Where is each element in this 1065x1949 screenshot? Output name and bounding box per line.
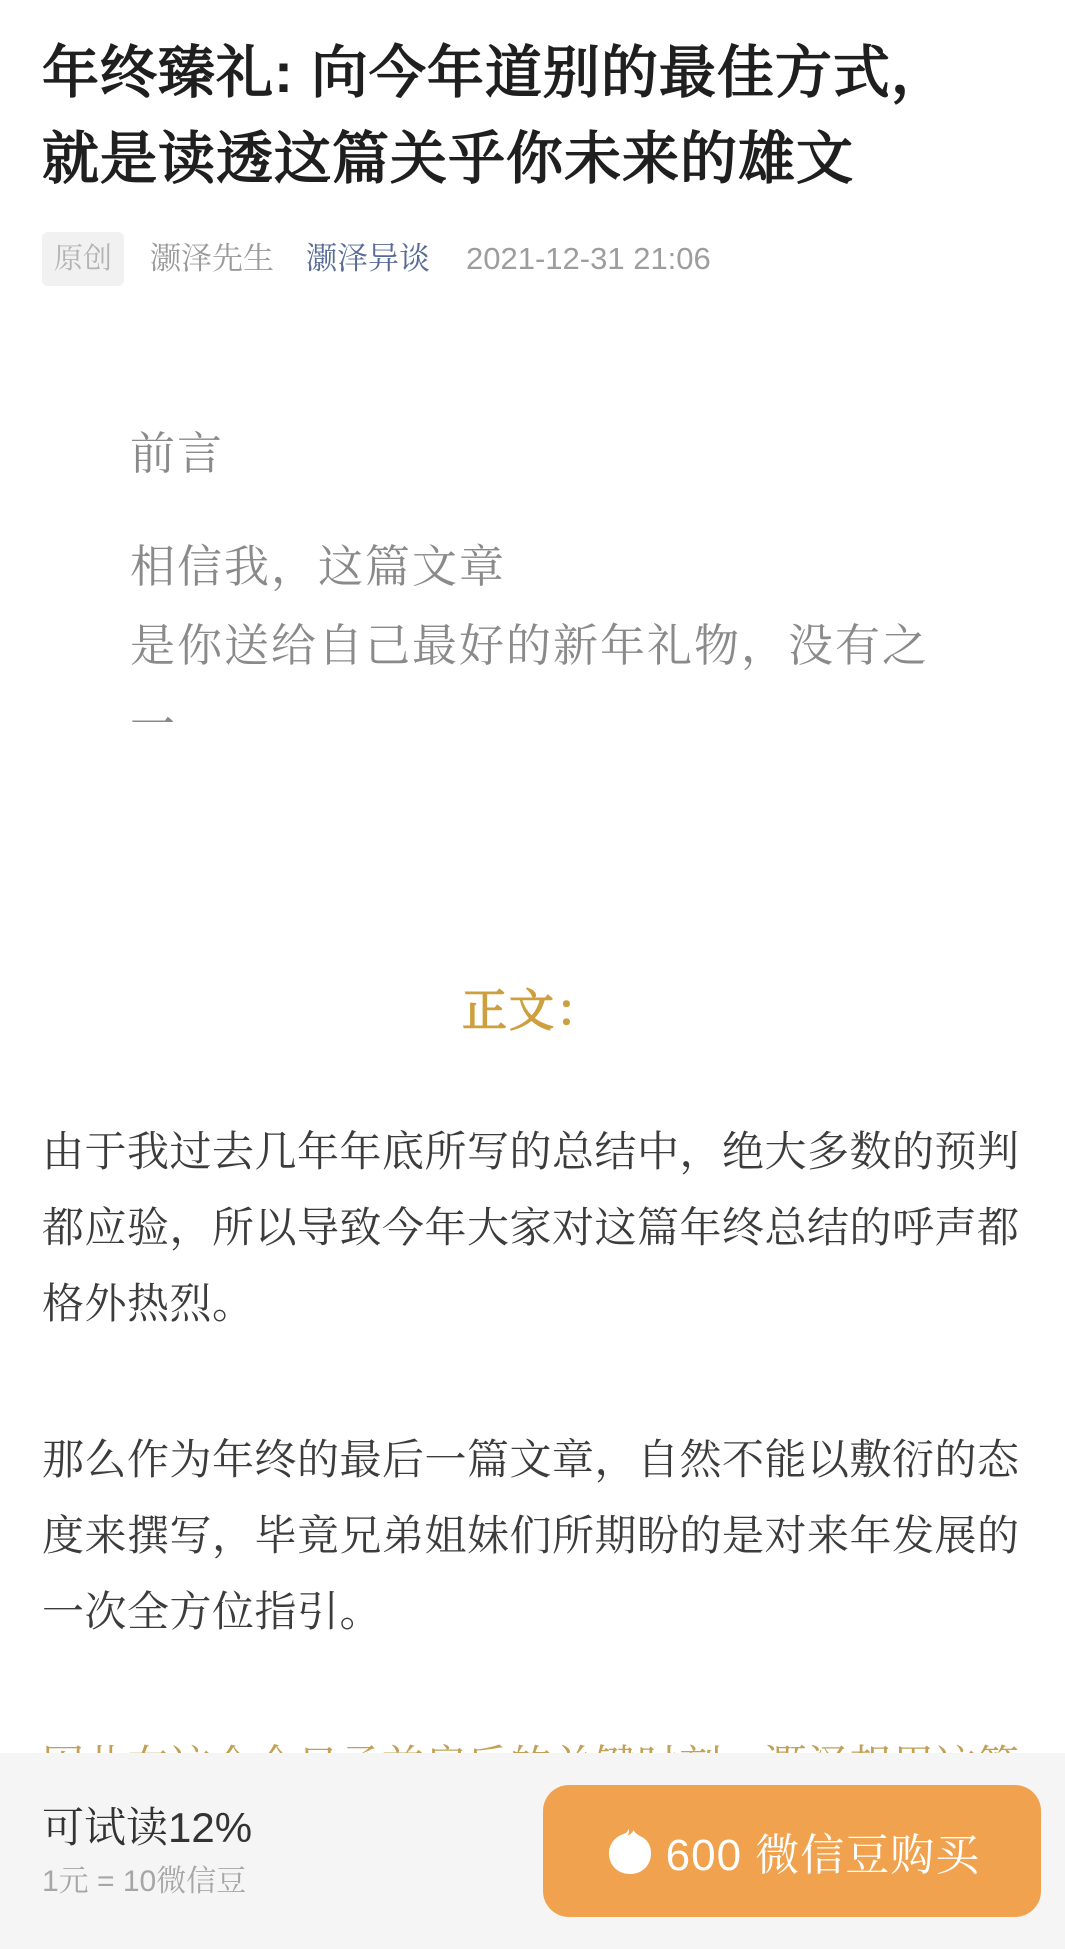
original-badge: 原创	[42, 232, 124, 286]
paragraph-line: 都应验，所以导致今年大家对这篇年终总结的呼声都	[42, 1190, 1023, 1266]
article-title-line-2: 就是读透这篇关乎你未来的雄文	[42, 116, 1023, 202]
intro-line: 相信我，这篇文章	[130, 527, 1023, 606]
paragraph-line: 那么作为年终的最后一篇文章，自然不能以敷衍的态	[42, 1422, 1023, 1498]
author-name[interactable]: 灏泽先生	[150, 237, 274, 281]
exchange-rate-text: 1元 = 10微信豆	[42, 1863, 252, 1901]
body-paragraph-2: 那么作为年终的最后一篇文章，自然不能以敷衍的态 度来撰写，毕竟兄弟姐妹们所期盼的…	[42, 1422, 1023, 1650]
publish-date: 2021-12-31 21:06	[466, 237, 711, 281]
trial-percentage-text: 可试读12%	[42, 1801, 252, 1855]
paragraph-line: 由于我过去几年年底所写的总结中，绝大多数的预判	[42, 1114, 1023, 1190]
section-heading: 正文：	[42, 986, 1023, 1036]
wechat-bean-icon	[604, 1825, 656, 1877]
intro-line: 是你送给自己最好的新年礼物，没有之	[130, 606, 1023, 685]
article-content: 年终臻礼: 向今年道别的最佳方式， 就是读透这篇关乎你未来的雄文 原创 灏泽先生…	[0, 0, 1065, 1880]
article-title-line-1: 年终臻礼: 向今年道别的最佳方式，	[42, 30, 1023, 116]
paragraph-line: 格外热烈。	[42, 1266, 1023, 1342]
buy-with-beans-button[interactable]: 600 微信豆购买	[543, 1785, 1041, 1917]
paragraph-line: 度来撰写，毕竟兄弟姐妹们所期盼的是对来年发展的	[42, 1498, 1023, 1574]
paywall-bar: 可试读12% 1元 = 10微信豆 600 微信豆购买	[0, 1753, 1065, 1949]
article-page: 年终臻礼: 向今年道别的最佳方式， 就是读透这篇关乎你未来的雄文 原创 灏泽先生…	[0, 0, 1065, 1949]
article-title: 年终臻礼: 向今年道别的最佳方式， 就是读透这篇关乎你未来的雄文	[42, 30, 1023, 202]
intro-block: 前言 相信我，这篇文章 是你送给自己最好的新年礼物，没有之 一	[130, 414, 1023, 764]
intro-heading: 前言	[130, 414, 1023, 493]
body-paragraph-1: 由于我过去几年年底所写的总结中，绝大多数的预判 都应验，所以导致今年大家对这篇年…	[42, 1114, 1023, 1342]
buy-button-label: 600 微信豆购买	[666, 1819, 981, 1883]
account-link[interactable]: 灏泽异谈	[306, 237, 430, 281]
intro-line: 一	[130, 685, 1023, 764]
paragraph-line: 一次全方位指引。	[42, 1574, 1023, 1650]
trial-info: 可试读12% 1元 = 10微信豆	[42, 1801, 252, 1901]
article-meta: 原创 灏泽先生 灏泽异谈 2021-12-31 21:06	[42, 232, 1023, 286]
